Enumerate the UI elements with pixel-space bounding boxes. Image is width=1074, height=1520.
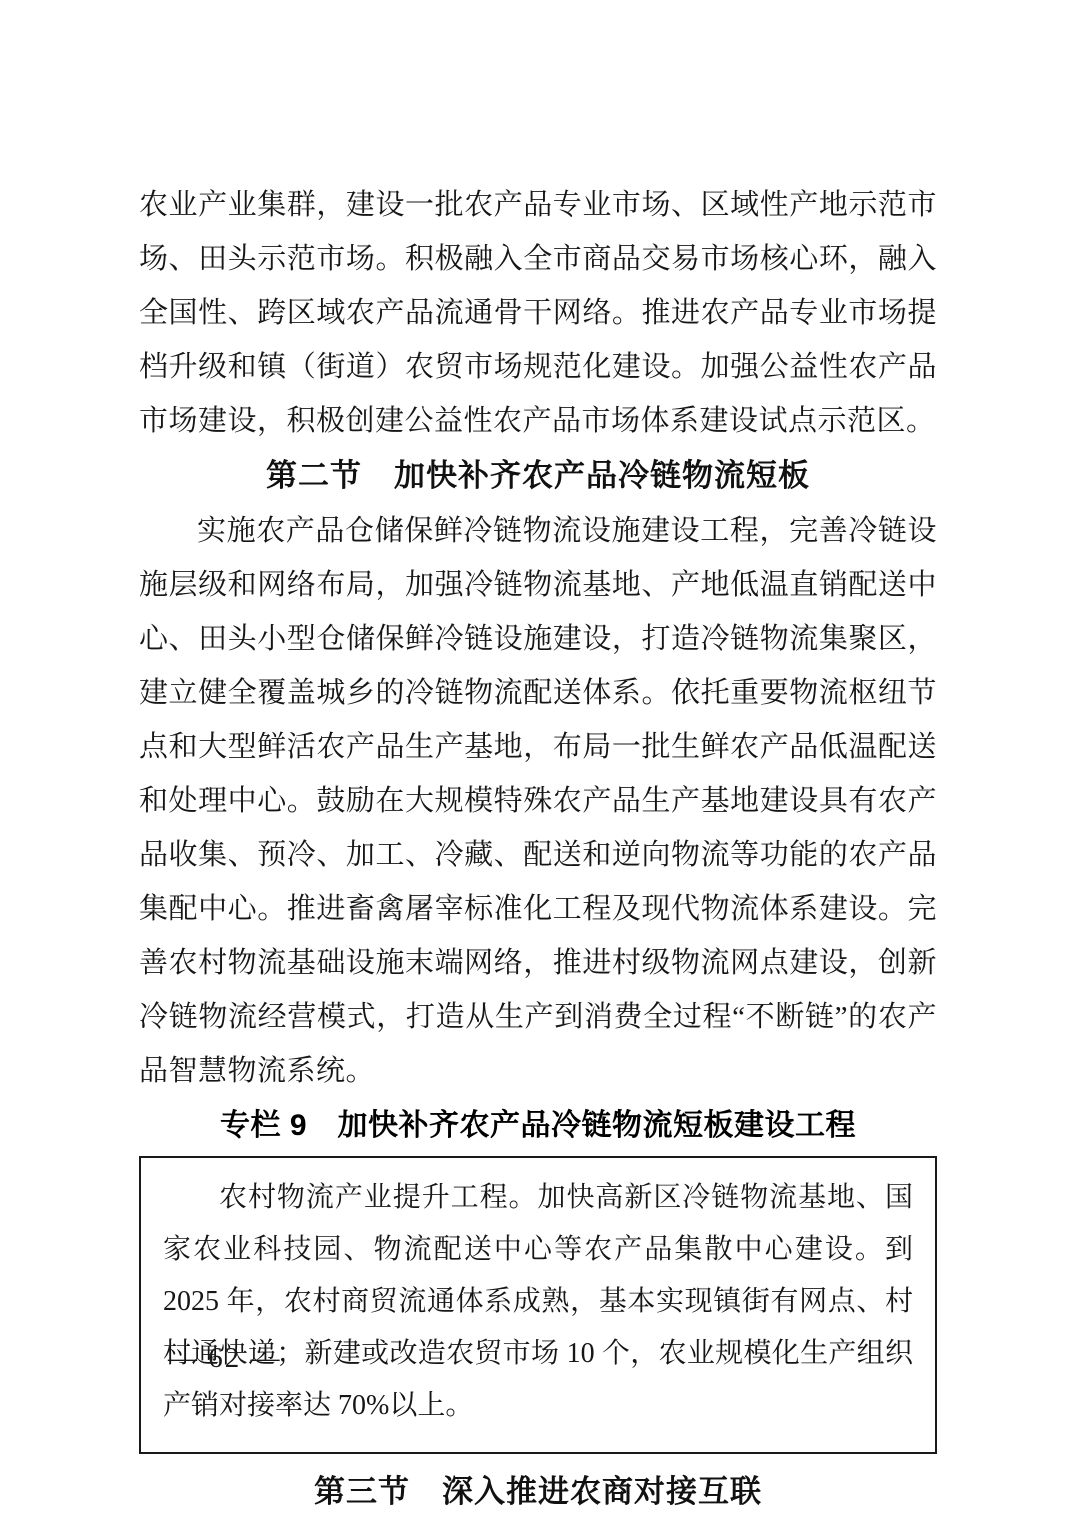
document-content: 农业产业集群，建设一批农产品专业市场、区域性产地示范市场、田头示范市场。积极融入… (0, 0, 1074, 1520)
column-9-box-paragraph: 农村物流产业提升工程。加快高新区冷链物流基地、国家农业科技园、物流配送中心等农产… (163, 1172, 913, 1432)
document-page: 农业产业集群，建设一批农产品专业市场、区域性产地示范市场、田头示范市场。积极融入… (0, 0, 1074, 1520)
paragraph-market-clusters: 农业产业集群，建设一批农产品专业市场、区域性产地示范市场、田头示范市场。积极融入… (139, 178, 937, 448)
column-9-box: 农村物流产业提升工程。加快高新区冷链物流基地、国家农业科技园、物流配送中心等农产… (139, 1156, 937, 1454)
section-2-heading: 第二节 加快补齐农产品冷链物流短板 (139, 448, 937, 504)
page-number: — 62 — (168, 1342, 282, 1375)
paragraph-cold-chain: 实施农产品仓储保鲜冷链物流设施建设工程，完善冷链设施层级和网络布局，加强冷链物流… (139, 504, 937, 1098)
column-9-box-title: 专栏 9 加快补齐农产品冷链物流短板建设工程 (139, 1104, 937, 1148)
section-3-heading: 第三节 深入推进农商对接互联 (139, 1464, 937, 1520)
